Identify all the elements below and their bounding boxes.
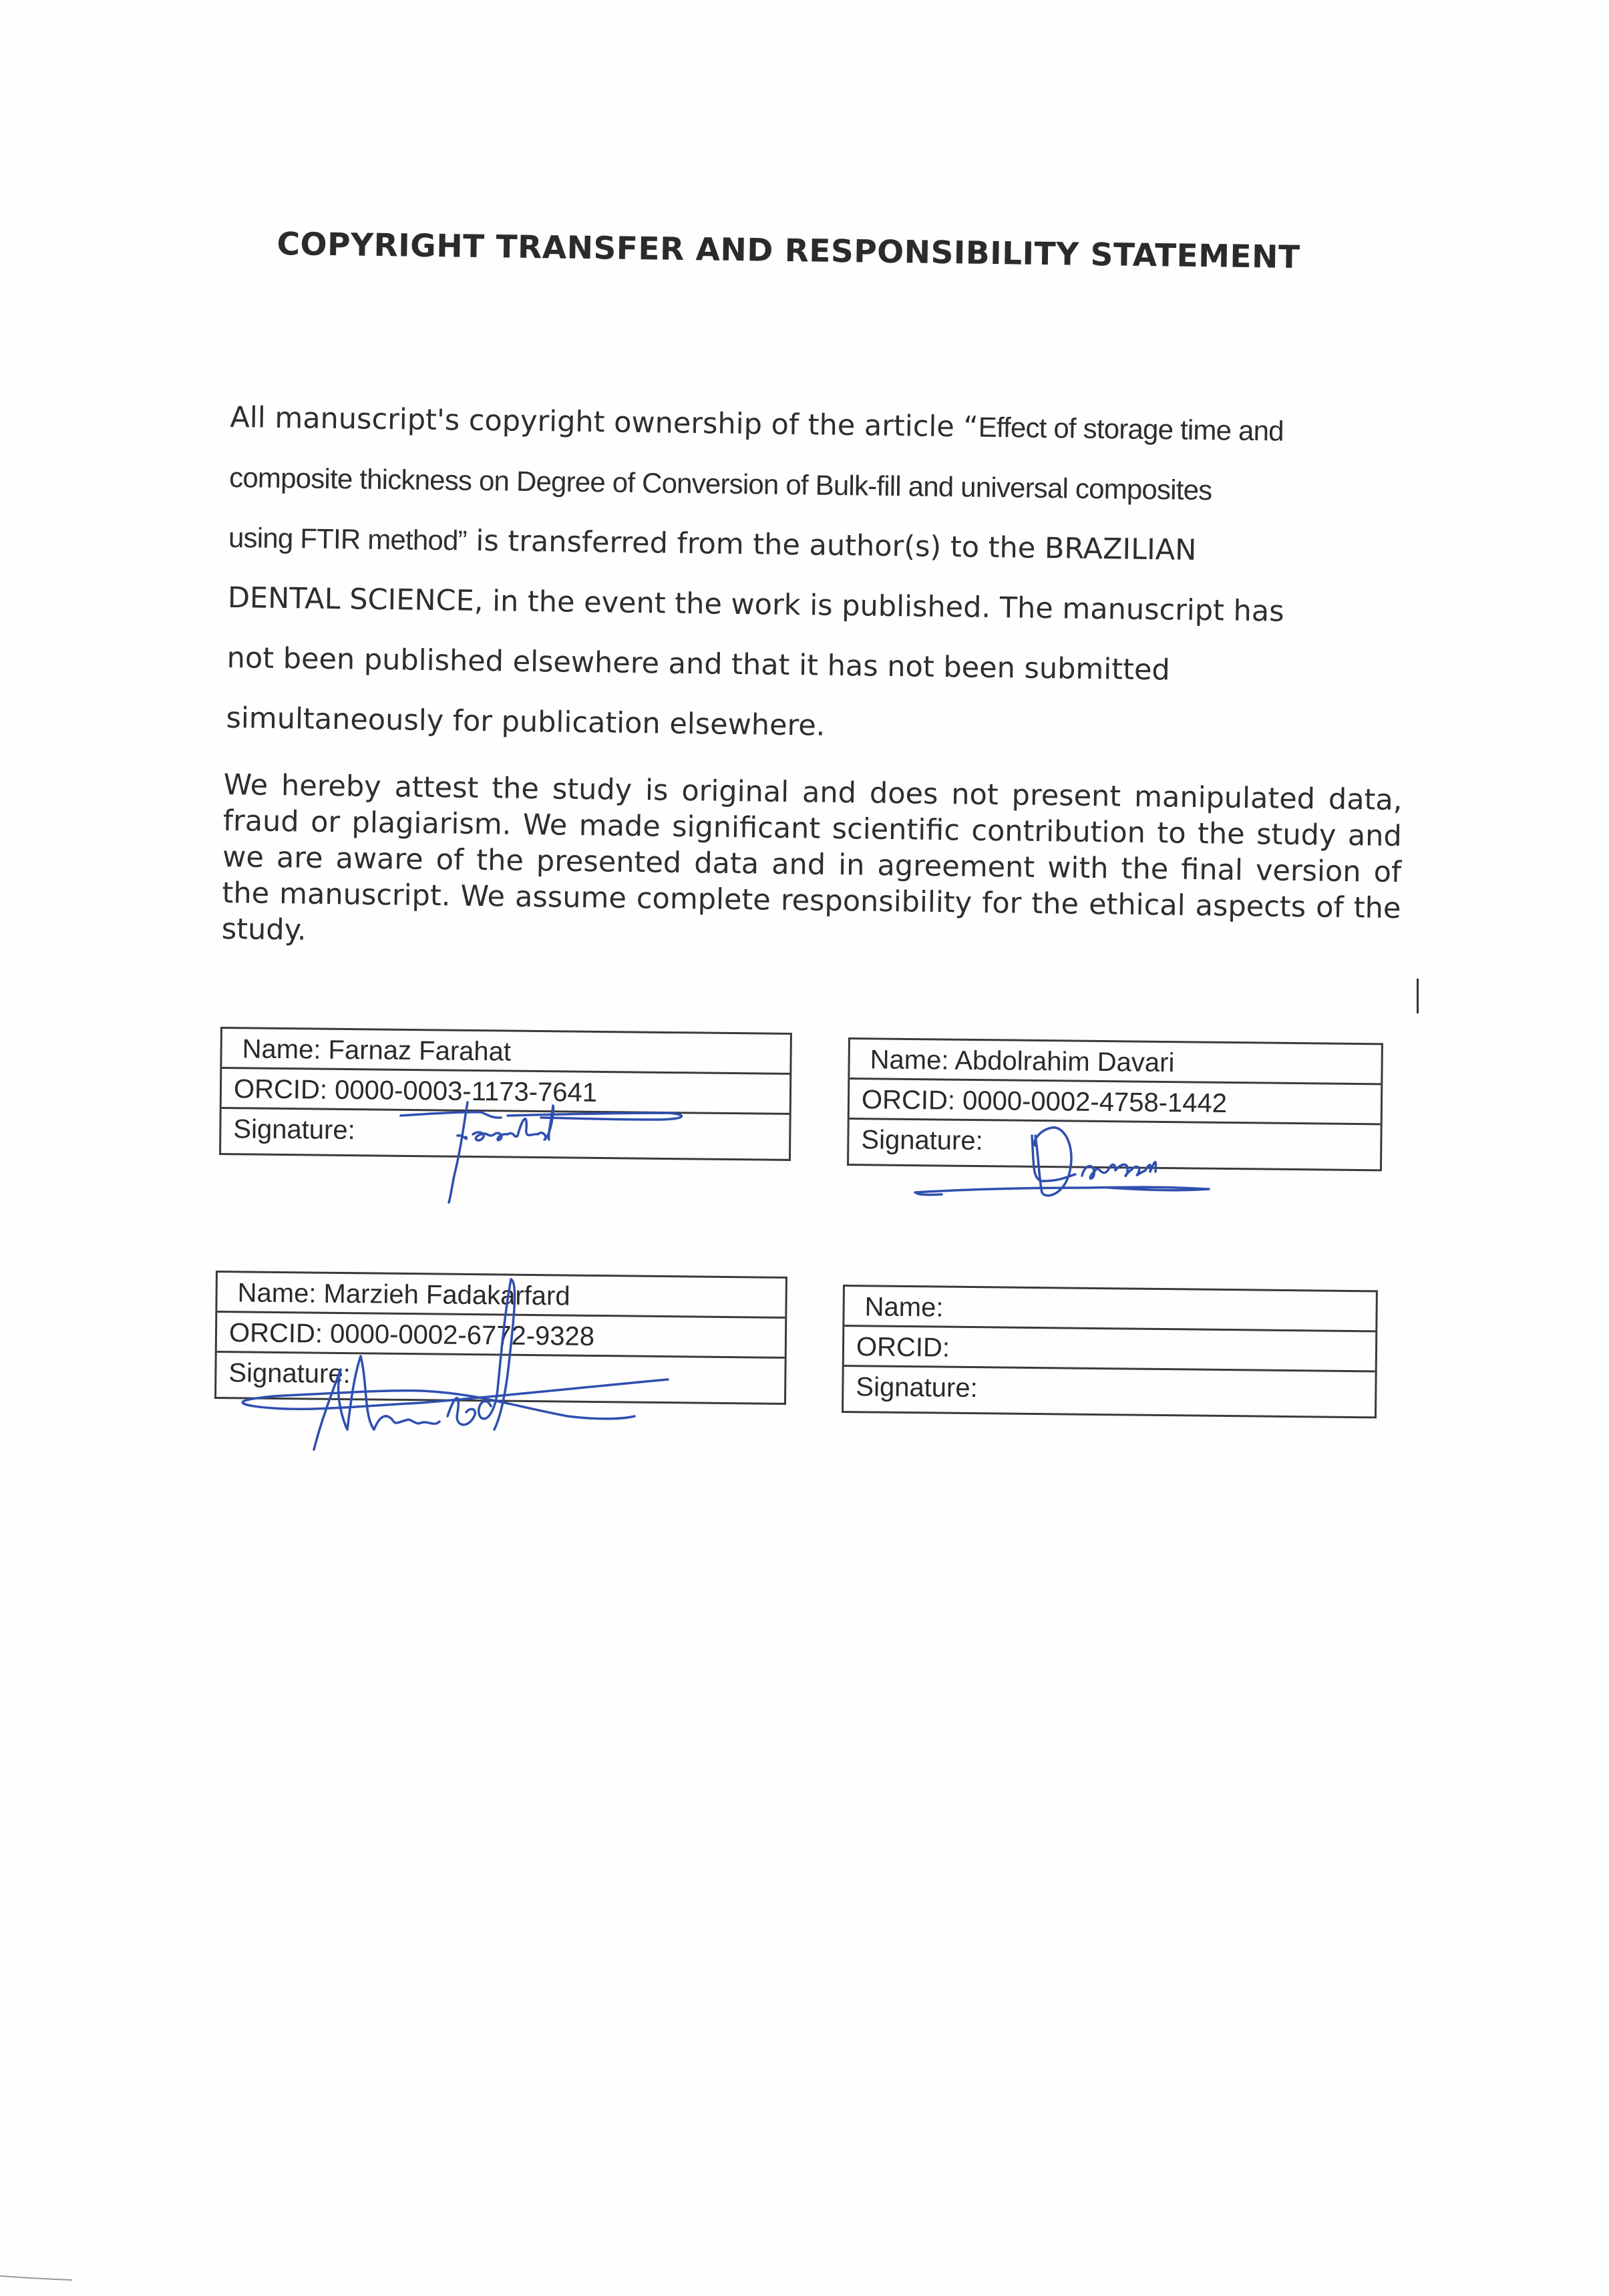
page-title: COPYRIGHT TRANSFER AND RESPONSIBILITY ST… [277, 226, 1379, 277]
author-orcid: ORCID: 0000-0003-1173-7641 [222, 1069, 790, 1115]
author-name: Name: [844, 1287, 1376, 1332]
author-orcid: ORCID: 0000-0002-6772-9328 [217, 1313, 785, 1359]
signature-label: Signature: [844, 1367, 1375, 1412]
line-text: simultaneously for publication elsewhere… [226, 701, 826, 743]
copyright-paragraph: All manuscript's copyright ownership of … [226, 387, 1406, 764]
signature-block-4: Name: ORCID: Signature: [842, 1285, 1378, 1418]
article-title-text: using FTIR method” [228, 522, 467, 556]
document-page: COPYRIGHT TRANSFER AND RESPONSIBILITY ST… [0, 0, 1609, 2296]
article-title-text: Effect of storage time and [978, 412, 1284, 447]
article-title-text: composite thickness on Degree of Convers… [229, 462, 1212, 506]
text-cursor-mark [1417, 979, 1419, 1013]
line-text: not been published elsewhere and that it… [226, 641, 1170, 687]
signature-label: Signature: [221, 1109, 789, 1155]
line-text: is transferred from the author(s) to the… [466, 524, 1196, 567]
author-orcid: ORCID: [844, 1327, 1376, 1372]
signature-label: Signature: [216, 1353, 785, 1399]
responsibility-paragraph: We hereby attest the study is original a… [221, 767, 1402, 963]
author-orcid: ORCID: 0000-0002-4758-1442 [850, 1080, 1381, 1125]
scan-edge-line [0, 2268, 73, 2281]
line-text: DENTAL SCIENCE, in the event the work is… [228, 581, 1284, 629]
author-name: Name: Farnaz Farahat [222, 1029, 790, 1075]
signature-label: Signature: [849, 1120, 1381, 1165]
author-name: Name: Marzieh Fadakarfard [217, 1273, 785, 1319]
signature-block-2: Name: Abdolrahim Davari ORCID: 0000-0002… [847, 1037, 1383, 1171]
signature-block-3: Name: Marzieh Fadakarfard ORCID: 0000-00… [214, 1271, 787, 1405]
author-name: Name: Abdolrahim Davari [850, 1039, 1381, 1085]
line-text: All manuscript's copyright ownership of … [230, 401, 978, 444]
signature-block-1: Name: Farnaz Farahat ORCID: 0000-0003-11… [219, 1027, 792, 1161]
